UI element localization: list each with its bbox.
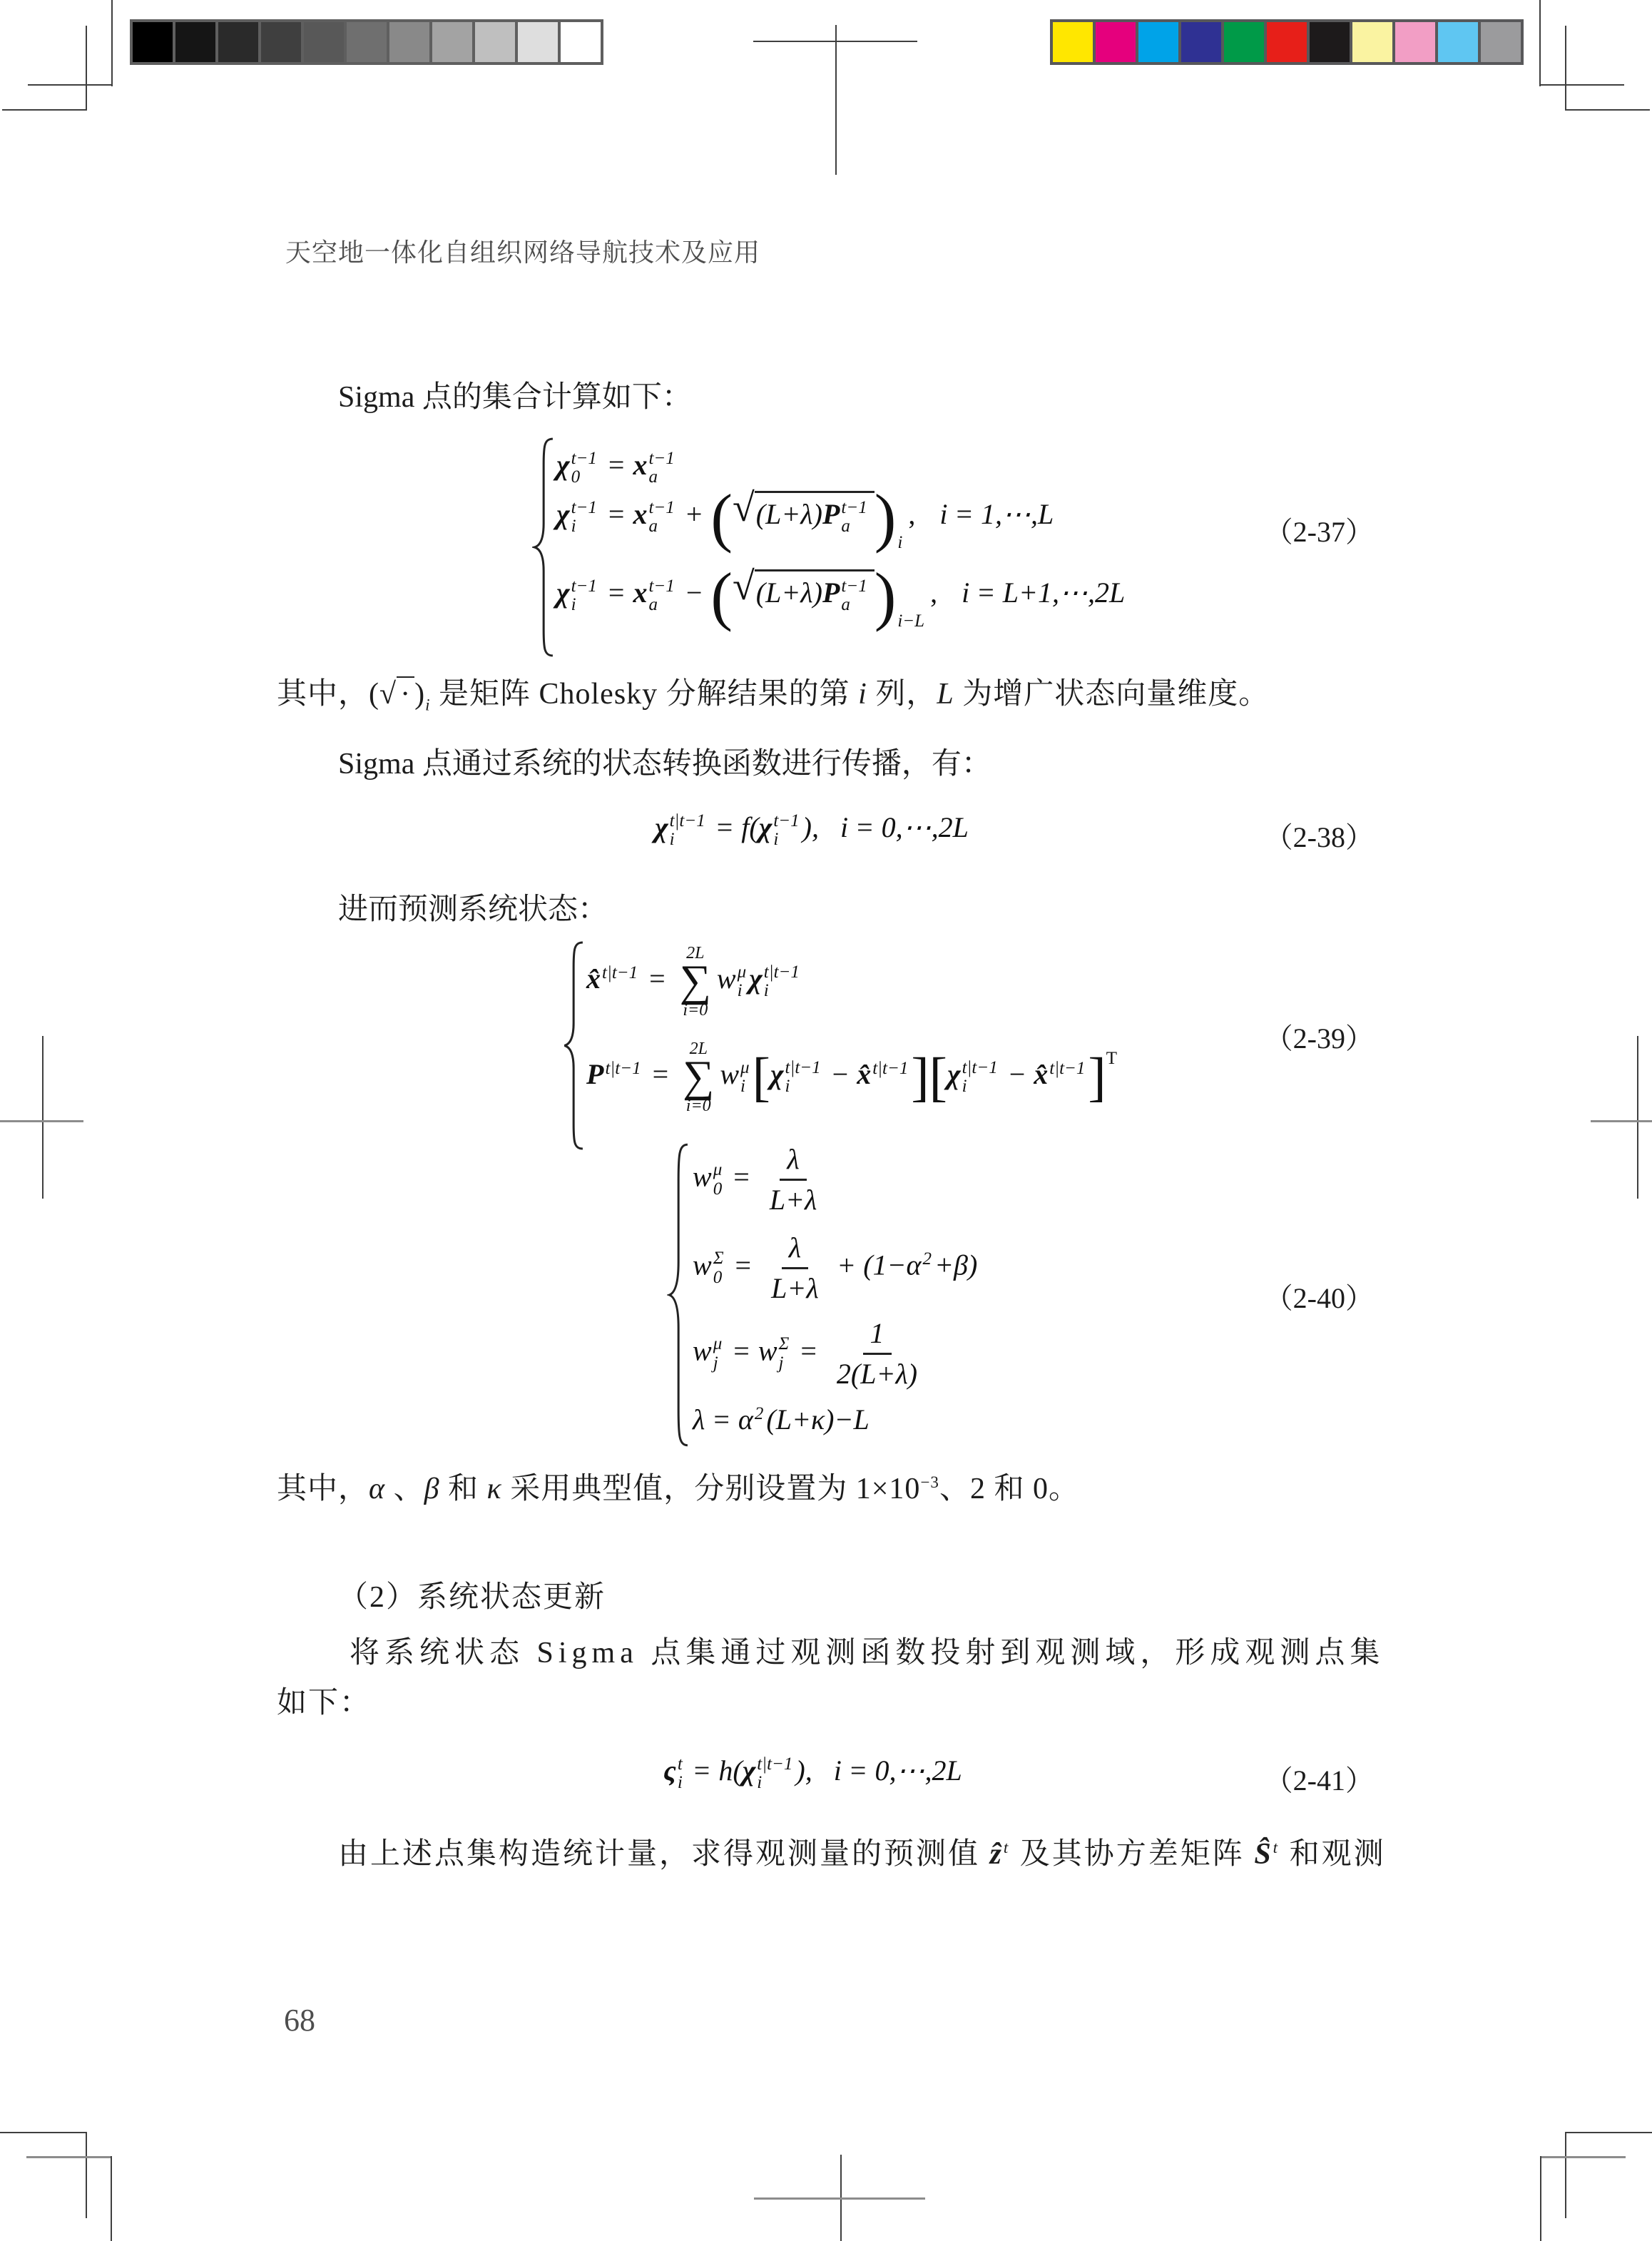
paragraph-propagation-intro: Sigma 点通过系统的状态转换函数进行传播，有： bbox=[338, 745, 991, 784]
equation-line: χt−10=xt−1a bbox=[556, 448, 678, 487]
equation-line: λ=α2(L+κ)−L bbox=[693, 1403, 870, 1436]
calibration-swatch bbox=[561, 22, 601, 62]
crop-mark bbox=[1539, 84, 1624, 86]
crop-mark bbox=[1565, 26, 1566, 111]
calibration-swatch bbox=[518, 22, 558, 62]
crop-mark bbox=[1540, 2156, 1626, 2158]
page-number: 68 bbox=[284, 2002, 315, 2038]
calibration-swatch bbox=[175, 22, 215, 62]
calibration-swatch bbox=[218, 22, 258, 62]
calibration-swatch bbox=[1267, 22, 1307, 62]
calibration-swatch bbox=[1438, 22, 1478, 62]
crop-mark bbox=[86, 26, 87, 111]
running-header: 天空地一体化自组织网络导航技术及应用 bbox=[285, 233, 760, 269]
calibration-swatch bbox=[1310, 22, 1350, 62]
crop-mark bbox=[1539, 0, 1541, 86]
crop-mark bbox=[1565, 109, 1650, 111]
paragraph-section-2-state-update: （2）系统状态更新 bbox=[338, 1578, 606, 1617]
calibration-swatch bbox=[432, 22, 472, 62]
equation-2-41: ςti=h(χt|t−1i),i=0,⋯,2L bbox=[663, 1754, 962, 1792]
calibration-swatch bbox=[1181, 22, 1221, 62]
crop-mark bbox=[42, 1036, 44, 1199]
crop-mark bbox=[86, 2132, 87, 2218]
crop-mark bbox=[26, 2156, 112, 2158]
equation-line: wμj=wΣj=12(L+λ) bbox=[693, 1317, 929, 1391]
calibration-swatch bbox=[347, 22, 387, 62]
equation-line: wΣ0=λL+λ+(1−α2+β) bbox=[693, 1231, 977, 1305]
crop-mark bbox=[1637, 1036, 1638, 1199]
calibration-swatch bbox=[475, 22, 515, 62]
crop-mark bbox=[1591, 1120, 1652, 1122]
equation-line: x̂t|t−1=2L∑i=0wμiχt|t−1i bbox=[586, 945, 802, 1019]
crop-mark bbox=[835, 25, 837, 175]
calibration-swatch bbox=[1053, 22, 1093, 62]
equation-line: χt−1i=xt−1a+(√(L+λ)Pt−1a)i,i=1,⋯,L bbox=[556, 491, 1054, 536]
equation-number-2-37: （2-37） bbox=[1265, 509, 1374, 550]
paragraph-statistics-construction: 由上述点集构造统计量，求得观测量的预测值 ẑt 及其协方差矩阵 Ŝt 和观测 bbox=[338, 1835, 1386, 1874]
equation-number-2-40: （2-40） bbox=[1265, 1276, 1374, 1316]
calibration-swatch bbox=[1352, 22, 1392, 62]
calibration-swatch bbox=[133, 22, 173, 62]
paragraph-typical-values-note: 其中，α 、β 和 κ 采用典型值，分别设置为 1×10−3、2 和 0。 bbox=[277, 1470, 1079, 1509]
color-calibration-bar bbox=[1050, 19, 1524, 65]
crop-mark bbox=[1565, 2132, 1652, 2133]
paragraph-predict-state-intro: 进而预测系统状态： bbox=[338, 890, 608, 930]
equation-number-2-38: （2-38） bbox=[1265, 815, 1374, 855]
calibration-swatch bbox=[304, 22, 344, 62]
equation-line: χt−1i=xt−1a−(√(L+λ)Pt−1a)i−L,i=L+1,⋯,2L bbox=[556, 569, 1125, 614]
equation-line: wμ0=λL+λ bbox=[693, 1143, 828, 1216]
calibration-swatch bbox=[261, 22, 301, 62]
crop-mark bbox=[754, 2197, 925, 2200]
calibration-swatch bbox=[1481, 22, 1521, 62]
crop-mark bbox=[111, 2156, 112, 2241]
calibration-swatch bbox=[1395, 22, 1435, 62]
equation-line: Pt|t−1=2L∑i=0wμi[χt|t−1i−x̂t|t−1][χt|t−1… bbox=[586, 1040, 1117, 1114]
equation-brace bbox=[562, 940, 586, 1151]
crop-mark bbox=[1540, 2156, 1541, 2241]
crop-mark bbox=[2, 109, 87, 111]
calibration-swatch bbox=[389, 22, 429, 62]
paragraph-observation-projection-line1: 将系统状态 Sigma 点集通过观测函数投射到观测域，形成观测点集 bbox=[350, 1634, 1385, 1673]
crop-mark bbox=[753, 41, 917, 42]
crop-mark bbox=[28, 84, 113, 86]
book-page: 天空地一体化自组织网络导航技术及应用 Sigma 点的集合计算如下： 其中，(√… bbox=[0, 0, 1652, 2241]
equation-2-37: χt−10=xt−1a χt−1i=xt−1a+(√(L+λ)Pt−1a)i,i… bbox=[532, 437, 1388, 658]
grayscale-calibration-bar bbox=[130, 19, 603, 65]
crop-mark bbox=[0, 1120, 83, 1122]
equation-2-38: χt|t−1i=f(χt−1i),i=0,⋯,2L bbox=[655, 810, 969, 849]
paragraph-cholesky-note: 其中，(√·)i 是矩阵 Cholesky 分解结果的第 i 列，L 为增广状态… bbox=[277, 675, 1269, 715]
equation-number-2-41: （2-41） bbox=[1265, 1758, 1374, 1799]
equation-number-2-39: （2-39） bbox=[1265, 1016, 1374, 1057]
paragraph-observation-projection-line2: 如下： bbox=[277, 1684, 371, 1723]
paragraph-sigma-set-intro: Sigma 点的集合计算如下： bbox=[338, 378, 692, 417]
calibration-swatch bbox=[1096, 22, 1136, 62]
crop-mark bbox=[111, 0, 113, 86]
calibration-swatch bbox=[1138, 22, 1178, 62]
crop-mark bbox=[0, 2132, 87, 2133]
equation-brace bbox=[532, 437, 556, 658]
calibration-swatch bbox=[1224, 22, 1264, 62]
equation-brace bbox=[667, 1142, 691, 1448]
crop-mark bbox=[1565, 2132, 1566, 2218]
